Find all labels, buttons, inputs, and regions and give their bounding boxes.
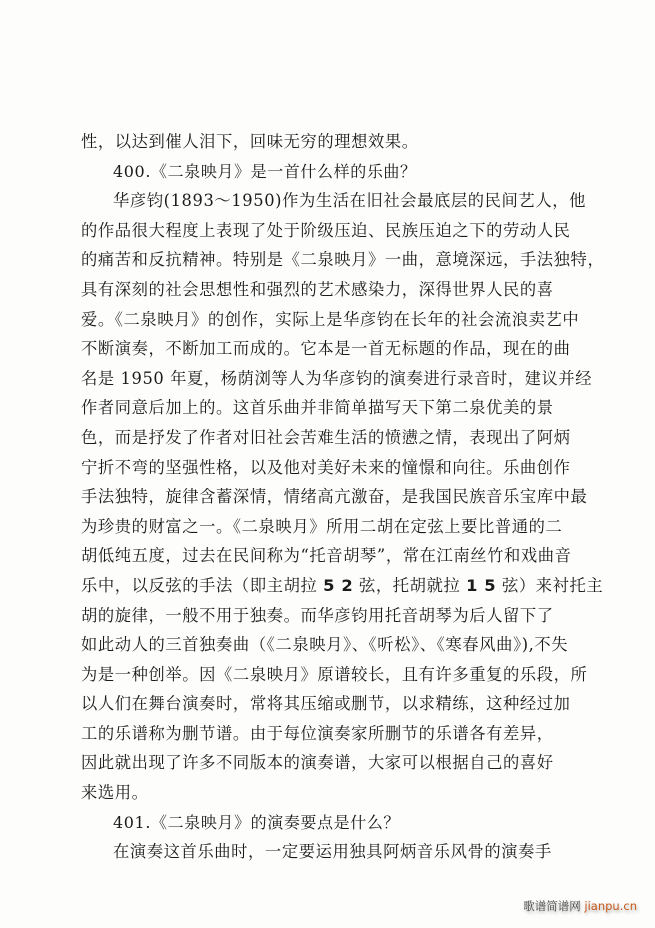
text-line: 性，以达到催人泪下，回味无穷的理想效果。	[81, 127, 575, 157]
text-line: 色，而是抒发了作者对旧社会苦难生活的愤懑之情，表现出了阿炳	[81, 423, 575, 453]
string-notation-15: 1 5	[466, 576, 496, 595]
text-line: 为是一种创举。因《二泉映月》原谱较长，且有许多重复的乐段，所	[81, 660, 575, 690]
text-segment: 弦，托胡就拉	[353, 576, 466, 595]
watermark: 歌谱简谱网 jianpu.cn	[523, 898, 637, 914]
document-page: 性，以达到催人泪下，回味无穷的理想效果。 400.《二泉映月》是一首什么样的乐曲…	[81, 127, 575, 867]
text-line: 胡低纯五度，过去在民间称为“托音胡琴”，常在江南丝竹和戏曲音	[81, 541, 575, 571]
text-segment: 弦）来衬托主	[496, 576, 603, 595]
text-line: 胡的旋律，一般不用于独奏。而华彦钧用托音胡琴为后人留下了	[81, 601, 575, 631]
text-segment: 乐中，以反弦的手法（即主胡拉	[81, 576, 323, 595]
text-line: 爱。《二泉映月》的创作，实际上是华彦钧在长年的社会流浪卖艺中	[81, 305, 575, 335]
text-line: 名是 1950 年夏，杨荫浏等人为华彦钧的演奏进行录音时，建议并经	[81, 364, 575, 394]
text-line-with-notation: 乐中，以反弦的手法（即主胡拉 5 2 弦，托胡就拉 1 5 弦）来衬托主	[81, 571, 575, 601]
text-line: 为珍贵的财富之一。《二泉映月》所用二胡在定弦上要比普通的二	[81, 512, 575, 542]
text-line: 不断演奏，不断加工而成的。它本是一首无标题的作品，现在的曲	[81, 334, 575, 364]
text-line: 作者同意后加上的。这首乐曲并非简单描写天下第二泉优美的景	[81, 393, 575, 423]
text-line: 宁折不弯的坚强性格，以及他对美好未来的憧憬和向往。乐曲创作	[81, 453, 575, 483]
string-notation-52: 5 2	[323, 576, 353, 595]
text-line: 以人们在舞台演奏时，常将其压缩或删节，以求精练，这种经过加	[81, 689, 575, 719]
watermark-cn: 歌谱简谱网	[523, 899, 581, 913]
text-line: 来选用。	[81, 778, 575, 808]
text-line: 如此动人的三首独奏曲（《二泉映月》、《听松》、《寒春风曲》),不失	[81, 630, 575, 660]
watermark-en: jianpu.cn	[584, 899, 637, 913]
text-line: 具有深刻的社会思想性和强烈的艺术感染力，深得世界人民的喜	[81, 275, 575, 305]
text-line: 手法独特，旋律含蓄深情，情绪高亢激奋，是我国民族音乐宝库中最	[81, 482, 575, 512]
text-line: 在演奏这首乐曲时，一定要运用独具阿炳音乐风骨的演奏手	[81, 837, 575, 867]
question-400: 400.《二泉映月》是一首什么样的乐曲？	[81, 157, 575, 187]
text-line: 的痛苦和反抗精神。特别是《二泉映月》一曲，意境深远，手法独特，	[81, 245, 575, 275]
text-line: 华彦钧(1893～1950)作为生活在旧社会最底层的民间艺人，他	[81, 186, 575, 216]
text-line: 工的乐谱称为删节谱。由于每位演奏家所删节的乐谱各有差异，	[81, 719, 575, 749]
question-401: 401.《二泉映月》的演奏要点是什么？	[81, 808, 575, 838]
text-line: 因此就出现了许多不同版本的演奏谱，大家可以根据自己的喜好	[81, 748, 575, 778]
text-line: 的作品很大程度上表现了处于阶级压迫、民族压迫之下的劳动人民	[81, 216, 575, 246]
